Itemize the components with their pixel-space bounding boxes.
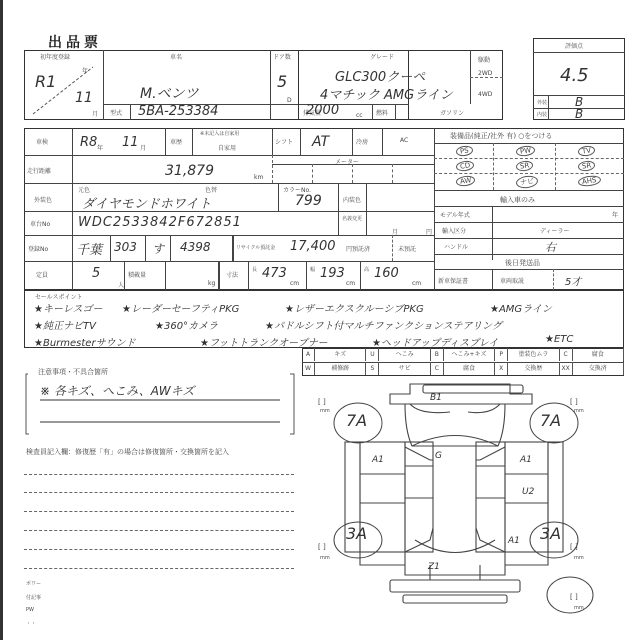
tire-rear-right: 3A xyxy=(540,524,561,543)
usage-note: ※未記入は自家用 xyxy=(200,130,239,137)
damage-mark-z1: Z1 xyxy=(428,562,440,572)
mm-unit: mm xyxy=(574,555,584,561)
damage-mark-a1-right: A1 xyxy=(520,455,532,465)
inspection-year-unit: 年 xyxy=(97,143,103,152)
color-label: 外装色 xyxy=(34,195,52,204)
import-only-label: 輸入車のみ xyxy=(500,195,535,205)
interior-score: B xyxy=(575,107,583,121)
legend-text: 交換済 xyxy=(573,362,624,375)
displacement-unit: cc xyxy=(356,112,363,119)
recycle-unit: 円預託済 xyxy=(346,244,370,253)
mm-unit: mm xyxy=(320,555,330,561)
legend-code: A xyxy=(302,348,315,361)
height-value: 160 xyxy=(374,266,399,281)
handle-value: 右 xyxy=(545,239,556,255)
length-value: 473 xyxy=(262,266,287,281)
vin-label: 車台No xyxy=(30,219,50,228)
model-code-value: 5BA-253384 xyxy=(138,104,218,119)
vin-yen-unit: 円 xyxy=(426,227,432,236)
mileage-unit: km xyxy=(254,174,263,181)
warranty-label: 新車保証書 xyxy=(438,276,468,285)
registration-kana: す xyxy=(152,240,164,257)
width-unit: cm xyxy=(346,280,355,287)
grade-line1: GLC300クーペ xyxy=(335,66,425,85)
legend-text: へこみ xyxy=(379,348,430,361)
model-code-label: 型式 xyxy=(110,108,122,117)
inspection-month: 11 xyxy=(122,135,139,150)
equipment-label: 装備品(純正/社外 有) ○をつける xyxy=(450,131,552,141)
bottom-label: 付記事 xyxy=(26,594,41,601)
shift-label: シフト xyxy=(275,137,293,146)
damage-mark-u2: U2 xyxy=(522,487,534,497)
score-value: 4.5 xyxy=(560,65,589,86)
legend-text: 交換歴 xyxy=(508,362,559,375)
drive-2wd[interactable]: 2WD xyxy=(478,70,492,77)
selling-point: ★ETC xyxy=(545,334,573,345)
legend-code: U xyxy=(366,348,379,361)
legend-text: キズ xyxy=(315,348,366,361)
length-unit: cm xyxy=(290,280,299,287)
color-value: ダイヤモンドホワイト xyxy=(82,193,211,212)
legend-text: 塗装色ムラ xyxy=(508,348,559,361)
legend-text: 補修跡 xyxy=(315,362,366,375)
notes-value: ※ 各キズ、へこみ、AWキズ xyxy=(40,382,194,399)
delivery-label: 後日発送品 xyxy=(505,258,540,268)
dimensions-label: 寸法 xyxy=(226,270,238,279)
mm-unit: mm xyxy=(574,605,584,611)
drive-label: 駆動 xyxy=(478,55,490,64)
car-name-label: 車名 xyxy=(170,52,182,61)
mm-unit: mm xyxy=(574,408,584,414)
sheet-title: 出品票 xyxy=(48,32,102,52)
selling-point: ★AMGライン xyxy=(490,300,552,315)
import-type-value: ディーラー xyxy=(540,226,570,235)
legend-code: W xyxy=(302,362,315,375)
bottom-label: PW xyxy=(26,607,34,613)
inspector-label: 検査員記入欄：修復歴「有」の場合は修復箇所・交換箇所を記入 xyxy=(26,447,229,457)
tire-front-left: 7A xyxy=(346,411,367,430)
width-value: 193 xyxy=(320,266,345,281)
width-label: 幅 xyxy=(310,266,315,273)
first-registration-label: 初年度登録 xyxy=(40,52,70,61)
interior-color-label: 内装色 xyxy=(343,195,361,204)
height-label: 高 xyxy=(364,266,369,273)
aircon-value: AC xyxy=(400,137,408,144)
legend-text: 腐食 xyxy=(444,362,495,375)
doors-label: ドア数 xyxy=(273,52,291,61)
model-year-unit: 年 xyxy=(612,210,618,219)
import-type-label: 輸入区分 xyxy=(442,226,466,235)
mm-bracket: [ ] xyxy=(570,593,578,601)
grade-line2: 4マチック AMGライン xyxy=(320,84,453,103)
legend-code: X xyxy=(495,362,508,375)
capacity-value: 5 xyxy=(92,266,100,281)
bottom-label: ポワー xyxy=(26,580,41,587)
selling-point: ★キーレスゴー xyxy=(34,300,102,315)
doors-value: 5 xyxy=(277,72,287,91)
car-name-value: M.ベンツ xyxy=(140,83,199,103)
tire-rear-left: 3A xyxy=(346,524,367,543)
drive-4wd[interactable]: 4WD xyxy=(478,91,492,98)
exterior-label: 外装 xyxy=(537,99,547,106)
inspection-label: 車検 xyxy=(36,137,48,146)
mm-bracket: [ ] xyxy=(570,543,578,551)
legend-code: S xyxy=(366,362,379,375)
selling-point: ★レーダーセーフティPKG xyxy=(122,300,239,315)
vehicle-cert-label: 車両取説 xyxy=(500,276,524,285)
color-code-value: 799 xyxy=(295,193,322,209)
fuel-label: 燃料 xyxy=(376,108,388,117)
legend-code: C xyxy=(431,362,444,375)
grade-label: グレード xyxy=(370,52,394,61)
handle-label: ハンドル xyxy=(444,242,468,251)
aircon-label: 冷房 xyxy=(356,137,368,146)
legend-text: 腐食 xyxy=(573,348,624,361)
mm-bracket: [ ] xyxy=(570,398,578,406)
damage-mark-a1-left: A1 xyxy=(372,455,384,465)
damage-mark-b1: B1 xyxy=(430,393,442,403)
score-label: 評価点 xyxy=(565,41,583,50)
inspection-month-unit: 月 xyxy=(140,143,146,152)
usage-value: 自家用 xyxy=(218,143,236,152)
vehicle-cert-value: 5才 xyxy=(565,273,581,288)
selling-point: ★Burmesterサウンド xyxy=(34,334,136,349)
interior-label: 内装 xyxy=(537,111,547,118)
length-label: 長 xyxy=(252,266,257,273)
name-change-label: 名義変更 xyxy=(342,215,362,222)
legend-code: P xyxy=(495,348,508,361)
doors-suffix: D xyxy=(287,97,292,104)
damage-mark-g: G xyxy=(435,451,442,461)
model-year-label: モデル年式 xyxy=(440,210,470,219)
page-edge xyxy=(0,0,3,640)
legend-text: サビ xyxy=(379,362,430,375)
damage-mark-a1-rear: A1 xyxy=(508,536,520,546)
mileage-label: 走行距離 xyxy=(27,166,51,175)
registration-number: 4398 xyxy=(180,240,211,254)
recycle-value: 17,400 xyxy=(290,239,336,254)
selling-point: ★レザーエクスクルーシブPKG xyxy=(285,300,424,315)
usage-label: 車歴 xyxy=(170,137,182,146)
selling-point: ★フットトランクオープナー xyxy=(200,334,328,349)
registration-label: 登録No xyxy=(28,244,48,253)
selling-point: ★ヘッドアップディスプレイ xyxy=(372,334,498,349)
shift-value: AT xyxy=(312,134,329,150)
selling-point: ★360°カメラ xyxy=(155,317,218,332)
mm-unit: mm xyxy=(320,408,330,414)
selling-point: ★純正ナビTV xyxy=(34,317,96,332)
mm-bracket: [ ] xyxy=(318,543,326,551)
selling-point: ★パドルシフト付マルチファンクションステアリング xyxy=(265,317,502,332)
registration-class: 303 xyxy=(114,240,137,254)
recycle-label: リサイクル預託金 xyxy=(236,244,275,251)
displacement-value: 2000 xyxy=(306,103,339,118)
load-unit: kg xyxy=(208,280,215,287)
capacity-label: 定員 xyxy=(36,270,48,279)
legend-code: B xyxy=(431,348,444,361)
diagonal-line xyxy=(28,62,98,117)
legend-code: XX xyxy=(560,362,573,375)
legend-code: C xyxy=(560,348,573,361)
mileage-value: 31,879 xyxy=(165,163,214,179)
inspection-value: R8 xyxy=(80,135,97,150)
height-unit: cm xyxy=(412,280,421,287)
registration-area: 千葉 xyxy=(76,239,102,258)
legend-text: へこみ+キズ xyxy=(444,348,495,361)
bottom-label: ・・ xyxy=(26,620,36,627)
vin-value: WDC2533842F672851 xyxy=(78,215,242,230)
fuel-value: ガソリン xyxy=(440,108,464,117)
recycle-status: 未預託 xyxy=(398,244,416,253)
tire-front-right: 7A xyxy=(540,411,561,430)
mm-bracket: [ ] xyxy=(318,398,326,406)
load-label: 積載量 xyxy=(128,270,146,279)
